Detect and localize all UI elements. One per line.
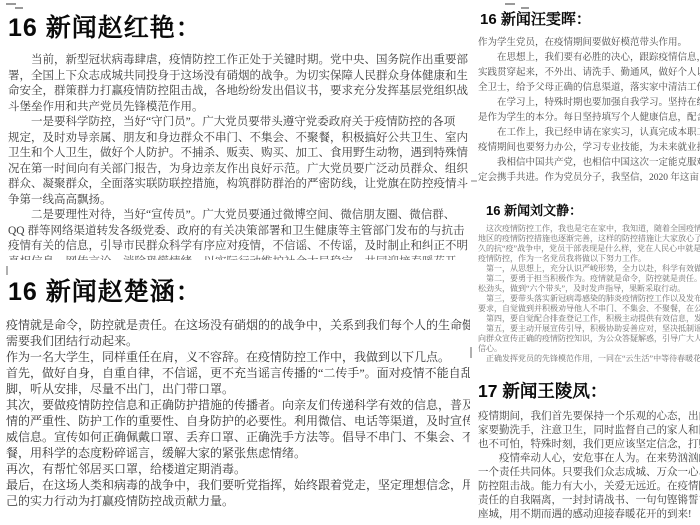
text-line: 一是要科学防控，当好“守门员”。广大党员要带头遵守党委政府关于疫情防控的各项	[6, 115, 470, 131]
section-heading-wang-wenhui: 16 新闻汪雯晖：	[480, 8, 700, 29]
text-line: 卫生和个人卫生，做好个人防护。不捕杀、贩卖、购买、加工、食用野生动物，遇到特殊情	[6, 146, 470, 162]
text-line: 再次，有帮忙邻居买口罩，给楼道定期消毒。	[6, 461, 470, 477]
text-line: 疫情防控，作为一名党员我将做以下努力工作。	[478, 254, 700, 264]
text-line: 定会携手共进。作为党员分子，我坚信，2020 年这亩田依然	[478, 171, 700, 186]
text-line: 群众、凝聚群众，全面落实联防联控措施，构筑群防群治的严密防线，让党旗在防控疫情斗	[6, 177, 470, 193]
text-line: 规定，及时劝导亲属、朋友和身边群众不串门、不集会、不聚餐，积极搞好公共卫生、室内	[6, 131, 470, 147]
text-line: 第二，要勇于担当积极作为。疫情就是命令，防控就是责任。党员们要鼓	[478, 274, 700, 284]
left-column: 16 新闻赵红艳： 当前，新型冠状病毒肆虐，疫情防控工作正处于关键时期。党中央、…	[6, 6, 470, 525]
text-line: 座城，用不期而遇的感动迎接春暖花开的到来!	[478, 508, 700, 522]
section-heading-liu-wenjing: 16 新闻刘文静：	[486, 200, 700, 219]
text-line: 这次疫情防控工作，我也是宅在家中，我知道，随着全国疫情发展形势的	[478, 224, 700, 234]
text-line: 威信息。宣传如何正确佩戴口罩、丢弃口罩、正确洗手方法等。倡导不串门、不集会、不聚	[6, 429, 470, 445]
scan-artifact	[6, 3, 16, 5]
text-line: 当前，新型冠状病毒肆虐，疫情防控工作正处于关键时期。党中央、国务院作出重要部	[6, 53, 470, 69]
scan-artifact	[471, 180, 477, 182]
section-body-zhao-chuhan: 疫情就是命令，防控就是责任。在这场没有硝烟的的战争中，关系到我们每个人的生命健康…	[6, 317, 470, 509]
section-body-liu-wenjing: 这次疫情防控工作，我也是宅在家中，我知道，随着全国疫情发展形势的地区的疫情防控措…	[478, 224, 700, 364]
text-line: 责任的自我隔离，一封封请战书、一句句铿锵誓言，一	[478, 494, 700, 508]
clipped-line: 真相信息、网传言论，消除恐慌情绪，以实际行动维护社会大局稳定，共同迎接春暖花开	[6, 255, 470, 260]
text-line: 第五，要主动开展宣传引导，积极协助妥善应对，坚决抵制谣言散布。	[478, 324, 700, 334]
text-line: 正确发挥党员的先锋模范作用，一同在“云生活”中等待春暖花开的时刻	[478, 354, 700, 364]
text-line: 最后，在这场人类和病毒的战争中，我们要听党指挥，始终跟着党走，坚定理想信念，用自	[6, 477, 470, 493]
text-line: 二是要理性对待，当好“宣传员”。广大党员要通过微博空间、微信朋友圈、微信群、	[6, 208, 470, 224]
text-line: 家要勤洗手，注意卫生，同时监督自己的家人和同学，	[478, 424, 700, 438]
text-line: 松劲头，做到“六个带头”，及时发声指导，果断采取行动。	[478, 284, 700, 294]
text-line: 疫情有关的信息，引导市民群众科学有序应对疫情，不信谣、不传谣，及时制止和纠正不明	[6, 239, 470, 255]
text-line: 需要我们团结行动起来。	[6, 333, 470, 349]
text-line: 疫情期间也要努力办公，学习专业技能，为未来就业打好基础	[478, 141, 700, 156]
text-line: 署，全国上下众志成城共同投身于这场没有硝烟的战争。为切实保障人民群众身体健康和生	[6, 69, 470, 85]
text-line: 餐，用科学的态度粉碎谣言，缓解大家的紧张焦虑情绪。	[6, 445, 470, 461]
text-line: 在思想上，我们要有必胜的决心，跟踪疫情信息，打击谣	[478, 51, 700, 66]
text-line: 己的实力行动为打赢疫情防控战贡献力量。	[6, 493, 470, 509]
text-line: 疫情期间，我们首先要保持一个乐观的心态，出门记得	[478, 410, 700, 424]
text-line: 情的严重性、防护工作的重要性、自身防护的必要性。利用微信、电话等渠道，及时宣传权	[6, 413, 470, 429]
text-line: 首先，做好自身，自重自律，不信谣，更不充当谣言传播的“二传手”。面对疫情不能自乱…	[6, 365, 470, 381]
text-line: 在学习上，特殊时期也要加强自我学习。坚持在线学习，	[478, 96, 700, 111]
text-line: 久的抗“疫”战争中，党员干部表现是什么样，党在人民心中就是什么样，	[478, 244, 700, 254]
scan-artifact	[470, 347, 472, 358]
text-line: QQ 群等网络渠道转发各级党委、政府的有关决策部署和卫生健康等主管部门发布的与抗…	[6, 224, 470, 240]
text-line: 也不可怕，特殊时刻，我们更应该坚定信念，打败病毒	[478, 438, 700, 452]
text-line: 全卫士，给予父母正确的信息渠道，落实家中清洁工作，让	[478, 81, 700, 96]
text-line: 斗堡垒作用和共产党员先锋模范作用。	[6, 100, 470, 116]
text-line: 第四，要自觉配合排查登记工作，积极主动提供有效信息，发现风险隐患	[478, 314, 700, 324]
text-line: 在工作上，我已经申请在家实习，认真完成本职工作，在	[478, 126, 700, 141]
text-line: 要求，自觉做到并积极劝导他人不串门、不集会、不聚餐，在公共场所佩戴	[478, 304, 700, 314]
text-line: 一个责任共同体。只要我们众志成城、万众一心、科学	[478, 466, 700, 480]
section-heading-wang-lingfeng: 17 新闻王陵凤：	[478, 378, 700, 403]
text-line: 实践贯穿起来，不外出、请洗手、勤通风，做好个人以及家庭	[478, 66, 700, 81]
section-body-zhao-hongyan: 当前，新型冠状病毒肆虐，疫情防控工作正处于关键时期。党中央、国务院作出重要部署，…	[6, 53, 470, 255]
text-line: 第三，要带头落实新冠病毒感染的肺炎疫情防控工作以及发布的各项防控	[478, 294, 700, 304]
right-column: 16 新闻汪雯晖： 作为学生党员，在疫情期间要做好模范带头作用。 在思想上，我们…	[478, 4, 700, 525]
section-heading-zhao-hongyan: 16 新闻赵红艳：	[8, 8, 470, 44]
section-heading-zhao-chuhan: 16 新闻赵楚涵：	[8, 272, 470, 308]
section-body-wang-wenhui: 作为学生党员，在疫情期间要做好模范带头作用。 在思想上，我们要有必胜的决心，跟踪…	[478, 36, 700, 186]
text-line: 地区的疫情防控措施也逐渐完善，这样的防控措施让大家放心了许多，但在	[478, 234, 700, 244]
document-page: 16 新闻赵红艳： 当前，新型冠状病毒肆虐，疫情防控工作正处于关键时期。党中央、…	[0, 0, 700, 525]
text-line: 第一，从思想上，充分认识严峻形势，全力以赴，科学有效做好疫情防控	[478, 264, 700, 274]
text-line: 作为学生党员，在疫情期间要做好模范带头作用。	[478, 36, 700, 51]
text-line: 我相信中国共产党，也相信中国这次一定能克服难关，必	[478, 156, 700, 171]
text-line: 作为一名大学生，同样重任在肩，义不容辞。在疫情防控工作中，我做到以下几点。	[6, 349, 470, 365]
text-line: 其次，要做疫情防控信息和正确防护措施的传播者。向亲友们传递科学有效的信息，普及疫	[6, 397, 470, 413]
text-line: 争第一线高高飘扬。	[6, 193, 470, 209]
section-body-wang-lingfeng: 疫情期间，我们首先要保持一个乐观的心态，出门记得家要勤洗手，注意卫生，同时监督自…	[478, 410, 700, 522]
text-line: 况在第一时间向有关部门报告，为身边亲友作出良好示范。广大党员要广泛动员群众、组织	[6, 162, 470, 178]
text-line: 疫情牵动人心，安危事在人为。在来势汹汹的疫情	[478, 452, 700, 466]
text-line: 命安全，群策群力打赢疫情防控阻击战，各地纷纷发出倡议书，要求充分发挥基层党组织战	[6, 84, 470, 100]
text-line: 防控阻击战。能力有大小，关爱无远近。在疫情防控的	[478, 480, 700, 494]
text-line: 信心。	[478, 344, 700, 354]
text-line: 向群众宣传正确的疫情防控知识，为公众答疑解惑，引导广大人民群众增强	[478, 334, 700, 344]
text-line: 是作为学生的本分。每日坚持填写个人健康信息，配合好学校	[478, 111, 700, 126]
text-line: 疫情就是命令，防控就是责任。在这场没有硝烟的的战争中，关系到我们每个人的生命健康…	[6, 317, 470, 333]
text-line: 脚，听从安排，尽量不出门，出门带口罩。	[6, 381, 470, 397]
